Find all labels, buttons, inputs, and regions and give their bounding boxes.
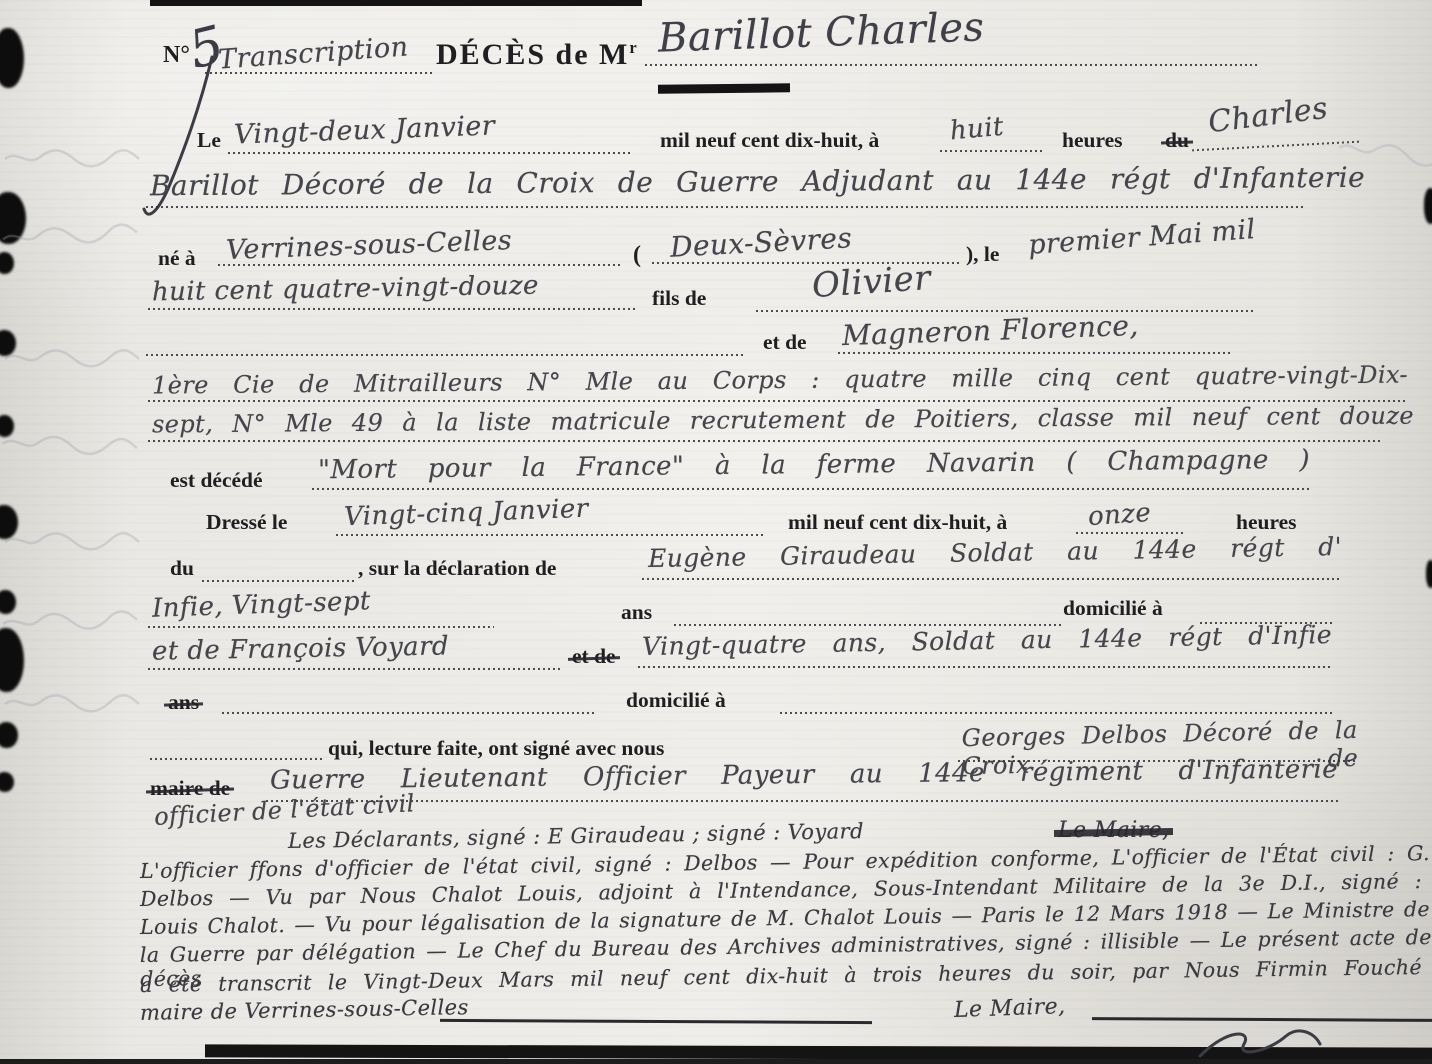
printed-domicilie: domicilié à: [1063, 596, 1163, 621]
printed-domicilie-2: domicilié à: [626, 688, 726, 713]
printed-ne-a: né à: [158, 246, 196, 271]
printed-et-de: et de: [763, 330, 807, 355]
dotted-line: [146, 354, 746, 356]
printed-du: du: [170, 556, 194, 581]
dotted-line: [148, 626, 494, 628]
struck-du: du: [1165, 128, 1189, 153]
record-date-entry: Vingt-cinq Janvier: [344, 494, 589, 533]
recruitment-entry: sept, N° Mle 49 à la liste matricule rec…: [152, 402, 1414, 439]
struck-ans: ans: [168, 690, 199, 715]
ink-blob: [0, 722, 18, 748]
dotted-line: [940, 150, 1042, 152]
printed-heures-2: heures: [1236, 510, 1297, 535]
signature-rule-line: [1092, 1017, 1432, 1022]
record-hour-entry: onze: [1087, 498, 1152, 532]
bleed-through-mark: [2, 145, 142, 171]
declarant-age-entry: Infie, Vingt-sept: [152, 586, 372, 624]
transcription-note: Transcription: [217, 31, 409, 75]
bleed-through-mark: [0, 606, 140, 637]
father-name-entry: Olivier: [811, 258, 932, 306]
bottom-edge-line: [0, 1059, 1432, 1064]
printed-fils-de: fils de: [652, 286, 706, 311]
ink-blob: [1424, 188, 1432, 224]
dotted-line: [148, 308, 638, 310]
dotted-line: [638, 666, 1332, 668]
second-declarant-entry: et de François Voyard: [152, 631, 449, 666]
bleed-through-mark: [2, 690, 142, 716]
struck-et-de: et de: [572, 644, 616, 669]
dotted-line: [222, 712, 594, 714]
dotted-line: [148, 440, 1380, 442]
bleed-through-mark: [2, 345, 142, 371]
printed-ans: ans: [621, 600, 652, 625]
struck-le-maire: Le Maire,: [1058, 818, 1169, 843]
second-declarant-detail-entry: Vingt-quatre ans, Soldat au 144e régt d'…: [642, 620, 1332, 661]
death-certificate-scan: N° 5 Transcription DÉCÈS de Mr Barillot …: [0, 0, 1432, 1064]
title-superscript: r: [629, 38, 638, 57]
birthdate-entry: premier Mai mil: [1027, 214, 1256, 261]
unit-matricule-entry: 1ère Cie de Mitrailleurs N° Mle au Corps…: [152, 361, 1408, 400]
dotted-line: [148, 668, 560, 670]
ink-blob: [1426, 560, 1432, 588]
dotted-line: [150, 758, 322, 760]
dotted-line: [645, 64, 1257, 66]
dotted-line: [312, 488, 1312, 490]
dotted-line: [642, 578, 1342, 580]
form-no-label: N°: [163, 42, 190, 69]
dotted-line: [218, 264, 620, 266]
dotted-line: [202, 580, 357, 582]
printed-year-phrase-2: mil neuf cent dix-huit, à: [788, 510, 1007, 535]
ink-blob: [0, 28, 24, 88]
mayor-of-line: maire de Verrines-sous-Celles: [140, 995, 469, 1025]
top-edge-bar: [150, 0, 642, 6]
deceased-rank-entry: Barillot Décoré de la Croix de Guerre Ad…: [150, 161, 1365, 202]
printed-year-phrase: mil neuf cent dix-huit, à: [660, 128, 879, 153]
deceased-firstname-entry: Charles: [1206, 91, 1329, 140]
death-hour-entry: huit: [949, 112, 1005, 147]
dotted-line: [146, 206, 1306, 208]
dotted-line: [780, 712, 1332, 714]
ink-blob: [0, 505, 18, 539]
birthyear-entry: huit cent quatre-vingt-douze: [152, 271, 539, 308]
dotted-line: [1192, 141, 1360, 152]
printed-est-decede: est décédé: [170, 468, 263, 493]
mother-name-entry: Magneron Florence,: [842, 309, 1140, 352]
printed-le: Le: [197, 128, 221, 153]
death-date-entry: Vingt-deux Janvier: [234, 110, 496, 150]
bleed-through-mark: [0, 430, 140, 461]
bleed-through-mark: [2, 528, 142, 554]
printed-lecture-faite: qui, lecture faite, ont signé avec nous: [328, 736, 664, 761]
title-text: DÉCÈS de M: [436, 38, 629, 71]
printed-heures: heures: [1062, 128, 1123, 153]
dotted-line: [205, 72, 433, 74]
ink-blob: [0, 590, 16, 614]
printed-paren-open: (: [633, 242, 641, 269]
dotted-line: [148, 400, 1408, 402]
declarant-entry: Eugène Giraudeau Soldat au 144e régt d': [648, 532, 1342, 573]
dotted-line: [228, 152, 633, 154]
struck-maire-de: maire de: [150, 776, 230, 801]
birthplace-entry: Verrines-sous-Celles: [226, 225, 513, 266]
page-title: DÉCÈS de Mr: [436, 38, 639, 72]
ink-blob: [0, 415, 14, 437]
dotted-line: [336, 534, 764, 536]
department-entry: Deux-Sèvres: [669, 221, 853, 263]
declarants-signatures-line: Les Déclarants, signé : E Giraudeau ; si…: [288, 819, 864, 853]
ink-blob: [0, 330, 16, 356]
ink-blob: [0, 772, 14, 792]
dotted-line: [1076, 532, 1184, 534]
ink-blob: [0, 628, 24, 692]
dotted-line: [838, 352, 1230, 354]
deceased-name: Barillot Charles: [657, 4, 985, 61]
signature-rule-line: [440, 1019, 872, 1024]
title-underline-rule: [658, 83, 790, 93]
printed-declaration: , sur la déclaration de: [358, 556, 556, 581]
printed-dresse-le: Dressé le: [206, 510, 287, 535]
ink-blob: [0, 252, 14, 274]
death-place-entry: "Mort pour la France" à la ferme Navarin…: [318, 445, 1310, 485]
dotted-line: [756, 310, 1256, 312]
le-maire-label: Le Maire,: [954, 994, 1066, 1023]
printed-paren-close-le: ), le: [966, 242, 999, 267]
dotted-line: [266, 800, 1340, 802]
ink-blob: [0, 192, 26, 244]
